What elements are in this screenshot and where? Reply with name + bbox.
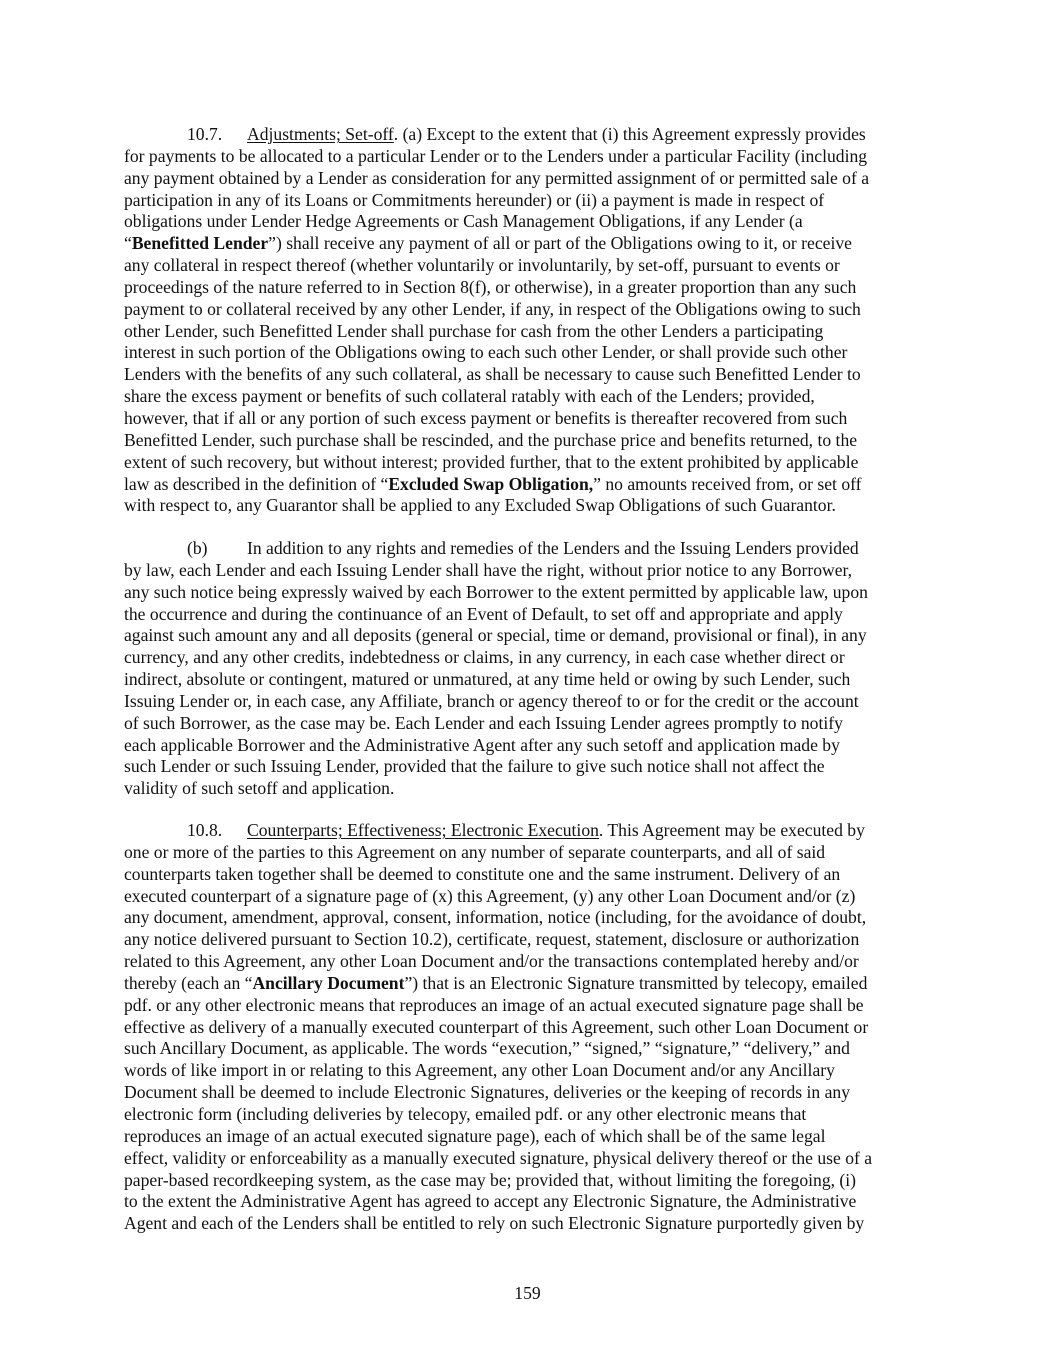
text-line: Document shall be deemed to include Elec…: [124, 1082, 934, 1104]
text-line: against such amount any and all deposits…: [124, 625, 934, 647]
defined-term: Benefitted Lender: [132, 233, 268, 253]
text-line: Benefitted Lender, such purchase shall b…: [124, 430, 934, 452]
text-line: reproduces an image of an actual execute…: [124, 1126, 934, 1148]
text-line: the occurrence and during the continuanc…: [124, 604, 934, 626]
text-line: of such Borrower, as the case may be. Ea…: [124, 713, 934, 735]
text-line: 10.7.Adjustments; Set-off. (a) Except to…: [124, 124, 934, 146]
text-line: validity of such setoff and application.: [124, 778, 934, 800]
text-line: thereby (each an “Ancillary Document”) t…: [124, 973, 934, 995]
text-line: to the extent the Administrative Agent h…: [124, 1191, 934, 1213]
text-line: by law, each Lender and each Issuing Len…: [124, 560, 934, 582]
text-line: any payment obtained by a Lender as cons…: [124, 168, 934, 190]
text-line: each applicable Borrower and the Adminis…: [124, 735, 934, 757]
text-line: paper-based recordkeeping system, as the…: [124, 1170, 934, 1192]
text-line: any such notice being expressly waived b…: [124, 582, 934, 604]
document-page: 10.7.Adjustments; Set-off. (a) Except to…: [0, 0, 1055, 1365]
text-line: 10.8.Counterparts; Effectiveness; Electr…: [124, 820, 934, 842]
text-line: such Ancillary Document, as applicable. …: [124, 1038, 934, 1060]
subsection-label: (b): [187, 538, 247, 560]
section-10-7-paragraph-a: 10.7.Adjustments; Set-off. (a) Except to…: [124, 124, 934, 517]
text-line: electronic form (including deliveries by…: [124, 1104, 934, 1126]
text-line: executed counterpart of a signature page…: [124, 886, 934, 908]
text-line: with respect to, any Guarantor shall be …: [124, 495, 934, 517]
section-heading: Adjustments; Set-off: [247, 124, 394, 144]
text-line: any collateral in respect thereof (wheth…: [124, 255, 934, 277]
defined-term: Excluded Swap Obligation,: [388, 474, 593, 494]
defined-term: Ancillary Document: [252, 973, 404, 993]
text-line: indirect, absolute or contingent, mature…: [124, 669, 934, 691]
text-line: one or more of the parties to this Agree…: [124, 842, 934, 864]
text-line: share the excess payment or benefits of …: [124, 386, 934, 408]
text-line: obligations under Lender Hedge Agreement…: [124, 211, 934, 233]
section-number: 10.7.: [187, 124, 247, 146]
section-10-8-paragraph: 10.8.Counterparts; Effectiveness; Electr…: [124, 820, 934, 1235]
section-number: 10.8.: [187, 820, 247, 842]
text-line: (b)In addition to any rights and remedie…: [124, 538, 934, 560]
text-line: currency, and any other credits, indebte…: [124, 647, 934, 669]
text-line: law as described in the definition of “E…: [124, 474, 934, 496]
text-line: any notice delivered pursuant to Section…: [124, 929, 934, 951]
text-line: related to this Agreement, any other Loa…: [124, 951, 934, 973]
page-number: 159: [0, 1283, 1055, 1304]
text-line: Agent and each of the Lenders shall be e…: [124, 1213, 934, 1235]
text-line: such Lender or such Issuing Lender, prov…: [124, 756, 934, 778]
text-line: effect, validity or enforceability as a …: [124, 1148, 934, 1170]
text-line: extent of such recovery, but without int…: [124, 452, 934, 474]
text-line: words of like import in or relating to t…: [124, 1060, 934, 1082]
section-10-7-paragraph-b: (b)In addition to any rights and remedie…: [124, 538, 934, 800]
text-line: however, that if all or any portion of s…: [124, 408, 934, 430]
text-line: Lenders with the benefits of any such co…: [124, 364, 934, 386]
text-line: proceedings of the nature referred to in…: [124, 277, 934, 299]
text-line: other Lender, such Benefitted Lender sha…: [124, 321, 934, 343]
text-line: interest in such portion of the Obligati…: [124, 342, 934, 364]
text-line: “Benefitted Lender”) shall receive any p…: [124, 233, 934, 255]
section-heading: Counterparts; Effectiveness; Electronic …: [247, 820, 599, 840]
text-line: counterparts taken together shall be dee…: [124, 864, 934, 886]
text-line: effective as delivery of a manually exec…: [124, 1017, 934, 1039]
text-line: any document, amendment, approval, conse…: [124, 907, 934, 929]
text-line: Issuing Lender or, in each case, any Aff…: [124, 691, 934, 713]
text-line: participation in any of its Loans or Com…: [124, 190, 934, 212]
text-line: payment to or collateral received by any…: [124, 299, 934, 321]
text-line: pdf. or any other electronic means that …: [124, 995, 934, 1017]
text-line: for payments to be allocated to a partic…: [124, 146, 934, 168]
